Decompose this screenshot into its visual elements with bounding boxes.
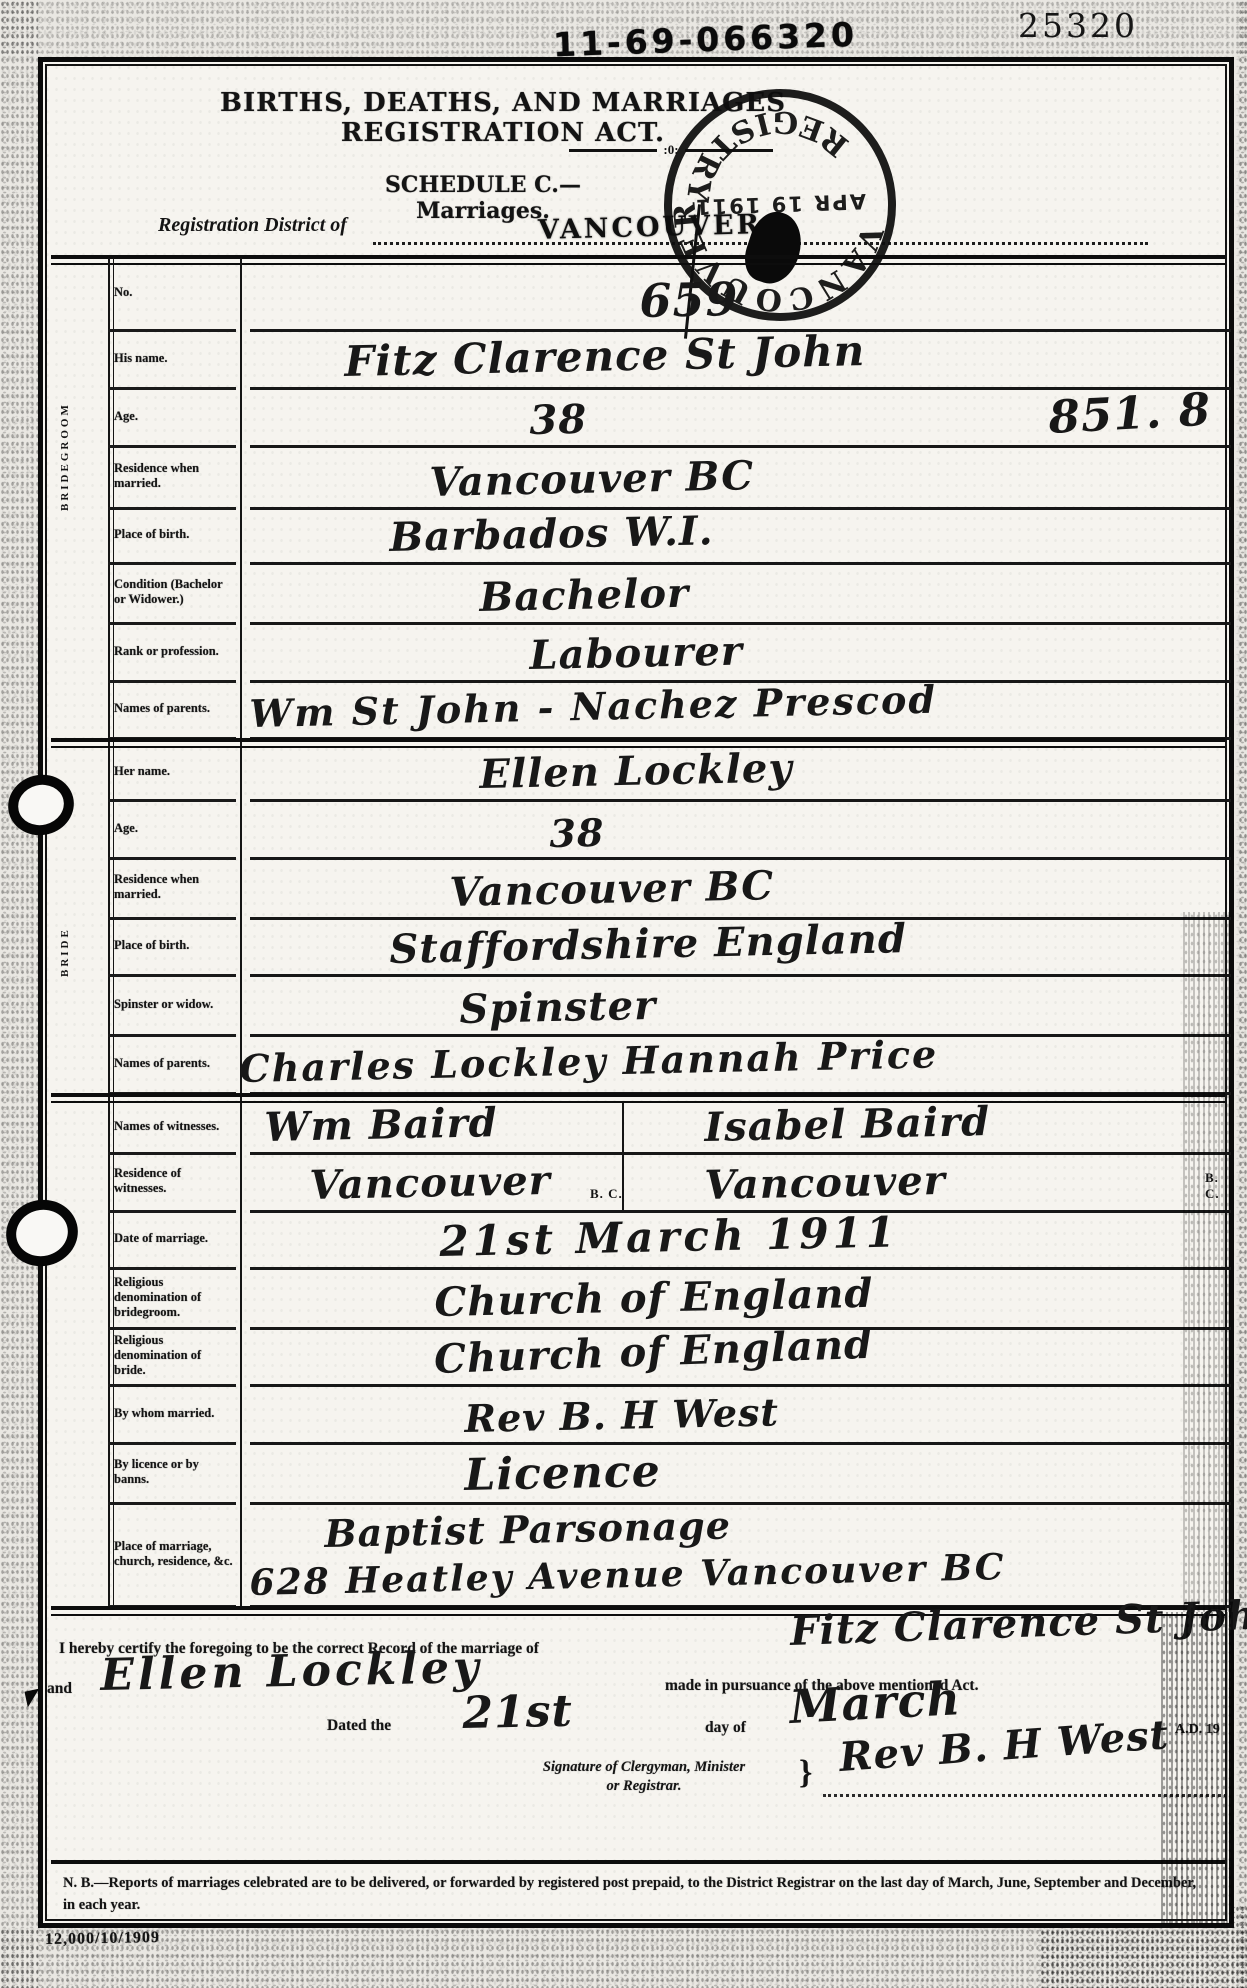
- handwritten-margin-note: 851. 8: [1047, 383, 1212, 444]
- handwritten-dated-day: 21st: [462, 1686, 573, 1739]
- handwritten-entry: 38: [549, 810, 605, 856]
- row-label: Residence of witnesses.: [108, 1155, 236, 1213]
- handwritten-entry: Ellen Lockley: [479, 744, 793, 798]
- signature-brace: }: [799, 1754, 812, 1792]
- row-value: Wm Baird Isabel Baird: [250, 1103, 1231, 1155]
- handwritten-entry: Licence: [464, 1446, 661, 1501]
- scan-noise-right: [1238, 0, 1247, 1988]
- row-label: Her name.: [108, 747, 236, 802]
- dated-label: Dated the: [327, 1717, 391, 1735]
- row-label: Names of parents.: [108, 1037, 236, 1095]
- row-value: Wm St John - Nachez Prescod: [250, 683, 1231, 740]
- handwritten-witness-2: Isabel Baird: [704, 1098, 991, 1151]
- row-label: Age.: [108, 390, 236, 448]
- row-label: Place of birth.: [108, 510, 236, 565]
- handwritten-entry: Staffordshire England: [389, 915, 907, 973]
- table-row-his-name: His name. Fitz Clarence St John: [108, 332, 1231, 390]
- divider-line: [569, 149, 657, 152]
- table-row-her-parents: Names of parents. Charles Lockley Hannah…: [108, 1037, 1231, 1095]
- handwritten-entry: Vancouver BC: [449, 862, 774, 916]
- row-value: Spinster: [250, 977, 1231, 1037]
- handwritten-entry: Rev B. H West: [464, 1389, 779, 1441]
- handwritten-residence-1: Vancouver: [309, 1157, 551, 1209]
- row-value: Baptist Parsonage 628 Heatley Avenue Van…: [250, 1505, 1231, 1608]
- row-label: Names of parents.: [108, 683, 236, 740]
- row-label: Age.: [108, 802, 236, 860]
- row-label: By whom married.: [108, 1387, 236, 1445]
- row-value: Charles Lockley Hannah Price: [250, 1037, 1231, 1095]
- footnote: N. B.—Reports of marriages celebrated ar…: [63, 1872, 1208, 1917]
- handwritten-entry: Church of England: [434, 1270, 874, 1326]
- row-value: Church of England: [250, 1270, 1231, 1330]
- handwritten-entry: 21st March 1911: [439, 1207, 900, 1266]
- scan-streak-right: [1183, 912, 1231, 1612]
- serial-number: 25320: [1018, 6, 1138, 45]
- row-label: No.: [108, 258, 236, 332]
- row-value: Ellen Lockley: [250, 747, 1231, 802]
- table-row-her-age: Age. 38: [108, 802, 1231, 860]
- row-value: Labourer: [250, 625, 1231, 683]
- handwritten-entry: Bachelor: [479, 570, 690, 621]
- row-value: Barbados W.I.: [250, 510, 1231, 565]
- table-row-his-age: Age. 38 851. 8: [108, 390, 1231, 448]
- row-label: Religious denomination of bride.: [108, 1330, 236, 1387]
- row-label: Names of witnesses.: [108, 1103, 236, 1155]
- row-value: Rev B. H West: [250, 1387, 1231, 1445]
- scan-streak-right-dark: [1161, 1612, 1233, 1924]
- row-label: Date of marriage.: [108, 1213, 236, 1270]
- scanned-marriage-certificate: 11-69-066320 25320 BIRTHS, DEATHS, AND M…: [0, 0, 1247, 1988]
- handwritten-month: March: [788, 1671, 962, 1734]
- section-label-bridegroom: BRIDEGROOM: [59, 352, 71, 562]
- handwritten-residence-2: Vancouver: [704, 1157, 946, 1209]
- handwritten-entry: 659: [639, 272, 739, 328]
- row-value: Staffordshire England: [250, 920, 1231, 977]
- row-label: By licence or by banns.: [108, 1445, 236, 1505]
- row-value: Vancouver B. C. Vancouver B. C.: [250, 1155, 1231, 1213]
- row-value: Vancouver BC: [250, 860, 1231, 920]
- table-row-her-birthplace: Place of birth. Staffordshire England: [108, 920, 1231, 977]
- handwritten-entry: Vancouver BC: [429, 452, 754, 506]
- signature-label: Signature of Clergyman, Minister or Regi…: [499, 1758, 789, 1796]
- table-row-rank: Rank or profession. Labourer: [108, 625, 1231, 683]
- table-row-denomination-bride: Religious denomination of bride. Church …: [108, 1330, 1231, 1387]
- certificate-box: BIRTHS, DEATHS, AND MARRIAGES REGISTRATI…: [38, 57, 1234, 1928]
- form-print-code: 12,000/10/1909: [45, 1929, 160, 1949]
- day-of-label: day of: [705, 1719, 746, 1737]
- row-label: Place of birth.: [108, 920, 236, 977]
- table-row-licence: By licence or by banns. Licence: [108, 1445, 1231, 1505]
- row-label: Place of marriage, church, residence, &c…: [108, 1505, 236, 1608]
- table-row-his-birthplace: Place of birth. Barbados W.I.: [108, 510, 1231, 565]
- row-value: 659: [250, 258, 1231, 332]
- footnote-rule: [51, 1860, 1227, 1868]
- row-value: Fitz Clarence St John: [250, 332, 1231, 390]
- handwritten-entry: Church of England: [433, 1321, 873, 1383]
- table-row-spinster: Spinster or widow. Spinster: [108, 977, 1231, 1037]
- row-value: Bachelor: [250, 565, 1231, 625]
- section-label-bride: BRIDE: [59, 892, 71, 1012]
- table-row-her-residence: Residence when married. Vancouver BC: [108, 860, 1231, 920]
- row-label: Rank or profession.: [108, 625, 236, 683]
- row-value: Licence: [250, 1445, 1231, 1505]
- handwritten-entry: Fitz Clarence St John: [344, 326, 866, 386]
- table-row-his-residence: Residence when married. Vancouver BC: [108, 448, 1231, 510]
- row-value: 38 851. 8: [250, 390, 1231, 448]
- table-row-her-name: Her name. Ellen Lockley: [108, 747, 1231, 802]
- row-label: Residence when married.: [108, 448, 236, 510]
- ink-arrow-mark: [25, 1689, 43, 1708]
- table-row-witnesses: Names of witnesses. Wm Baird Isabel Bair…: [108, 1103, 1231, 1155]
- handwritten-entry: Spinster: [459, 982, 657, 1033]
- table-row-condition: Condition (Bachelor or Widower.) Bachelo…: [108, 565, 1231, 625]
- row-label: Religious denomination of bridegroom.: [108, 1270, 236, 1330]
- registration-district-label: Registration District of: [158, 214, 347, 237]
- handwritten-witness-1: Wm Baird: [264, 1099, 498, 1151]
- row-value: Church of England: [250, 1330, 1231, 1387]
- handwritten-entry: Barbados W.I.: [389, 507, 714, 561]
- handwritten-entry-line1: Baptist Parsonage: [324, 1502, 731, 1556]
- table-row-by-whom-married: By whom married. Rev B. H West: [108, 1387, 1231, 1445]
- table-row-his-parents: Names of parents. Wm St John - Nachez Pr…: [108, 683, 1231, 740]
- handwritten-bride-name: Ellen Lockley: [100, 1642, 483, 1701]
- residence-1-province: B. C.: [590, 1186, 623, 1202]
- handwritten-entry: 38: [529, 396, 588, 444]
- row-label: Spinster or widow.: [108, 977, 236, 1037]
- handwritten-entry: Wm St John - Nachez Prescod: [249, 677, 937, 736]
- row-value: Vancouver BC: [250, 448, 1231, 510]
- table-row-witness-residence: Residence of witnesses. Vancouver B. C. …: [108, 1155, 1231, 1213]
- row-label: Condition (Bachelor or Widower.): [108, 565, 236, 625]
- table-row-place-of-marriage: Place of marriage, church, residence, &c…: [108, 1505, 1231, 1608]
- row-value: 21st March 1911: [250, 1213, 1231, 1270]
- table-row-marriage-date: Date of marriage. 21st March 1911: [108, 1213, 1231, 1270]
- table-row-no: No. 659: [108, 258, 1231, 332]
- row-label: His name.: [108, 332, 236, 390]
- table-row-denomination-bridegroom: Religious denomination of bridegroom. Ch…: [108, 1270, 1231, 1330]
- section-rule: [51, 1093, 1227, 1103]
- handwritten-entry: Labourer: [529, 628, 743, 679]
- row-value: 38: [250, 802, 1231, 860]
- row-label: Residence when married.: [108, 860, 236, 920]
- handwritten-entry: Charles Lockley Hannah Price: [239, 1031, 939, 1091]
- certification-and-label: and: [47, 1680, 72, 1698]
